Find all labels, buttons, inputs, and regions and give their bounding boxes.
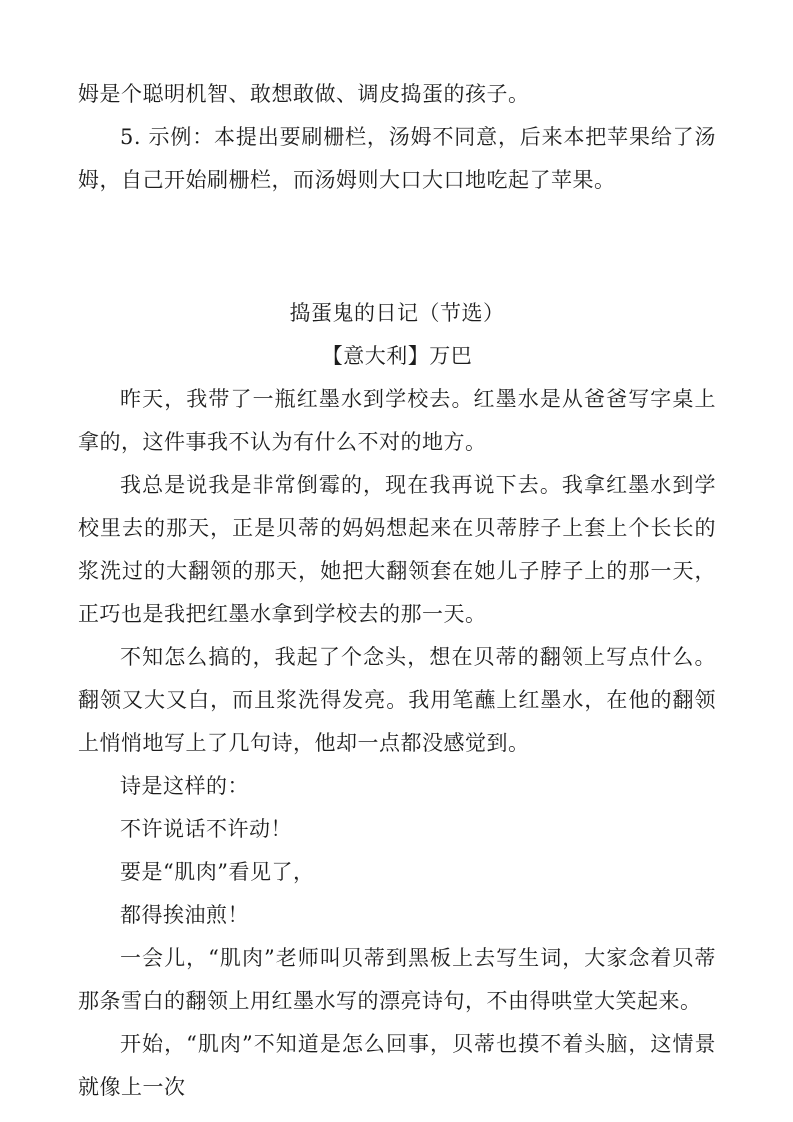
poem-line-3: 都得挨油煎！ [78,894,716,937]
article-title: 捣蛋鬼的日记（节选） [78,292,716,335]
article-paragraph-1: 昨天，我带了一瓶红墨水到学校去。红墨水是从爸爸写字桌上拿的，这件事我不认为有什么… [78,378,716,464]
article-paragraph-5-cutoff: 开始，“肌肉”不知道是怎么回事，贝蒂也摸不着头脑，这情景就像上一次 [78,1023,716,1109]
poem-intro-line: 诗是这样的： [78,765,716,808]
answer-item-5: 5. 示例：本提出要刷栅栏，汤姆不同意，后来本把苹果给了汤姆，自己开始刷栅栏，而… [78,116,716,202]
article-paragraph-2: 我总是说我是非常倒霉的，现在我再说下去。我拿红墨水到学校里去的那天，正是贝蒂的妈… [78,464,716,636]
article-author: 【意大利】万巴 [78,335,716,378]
poem-line-2: 要是“肌肉”看见了， [78,851,716,894]
pre-text-continuation-line: 姆是个聪明机智、敢想敢做、调皮捣蛋的孩子。 [78,73,716,116]
article-paragraph-3: 不知怎么搞的，我起了个念头，想在贝蒂的翻领上写点什么。翻领又大又白，而且浆洗得发… [78,636,716,765]
document-page: 姆是个聪明机智、敢想敢做、调皮捣蛋的孩子。 5. 示例：本提出要刷栅栏，汤姆不同… [0,0,793,1122]
poem-line-1: 不许说话不许动！ [78,808,716,851]
article-paragraph-4: 一会儿，“肌肉”老师叫贝蒂到黑板上去写生词，大家念着贝蒂那条雪白的翻领上用红墨水… [78,937,716,1023]
